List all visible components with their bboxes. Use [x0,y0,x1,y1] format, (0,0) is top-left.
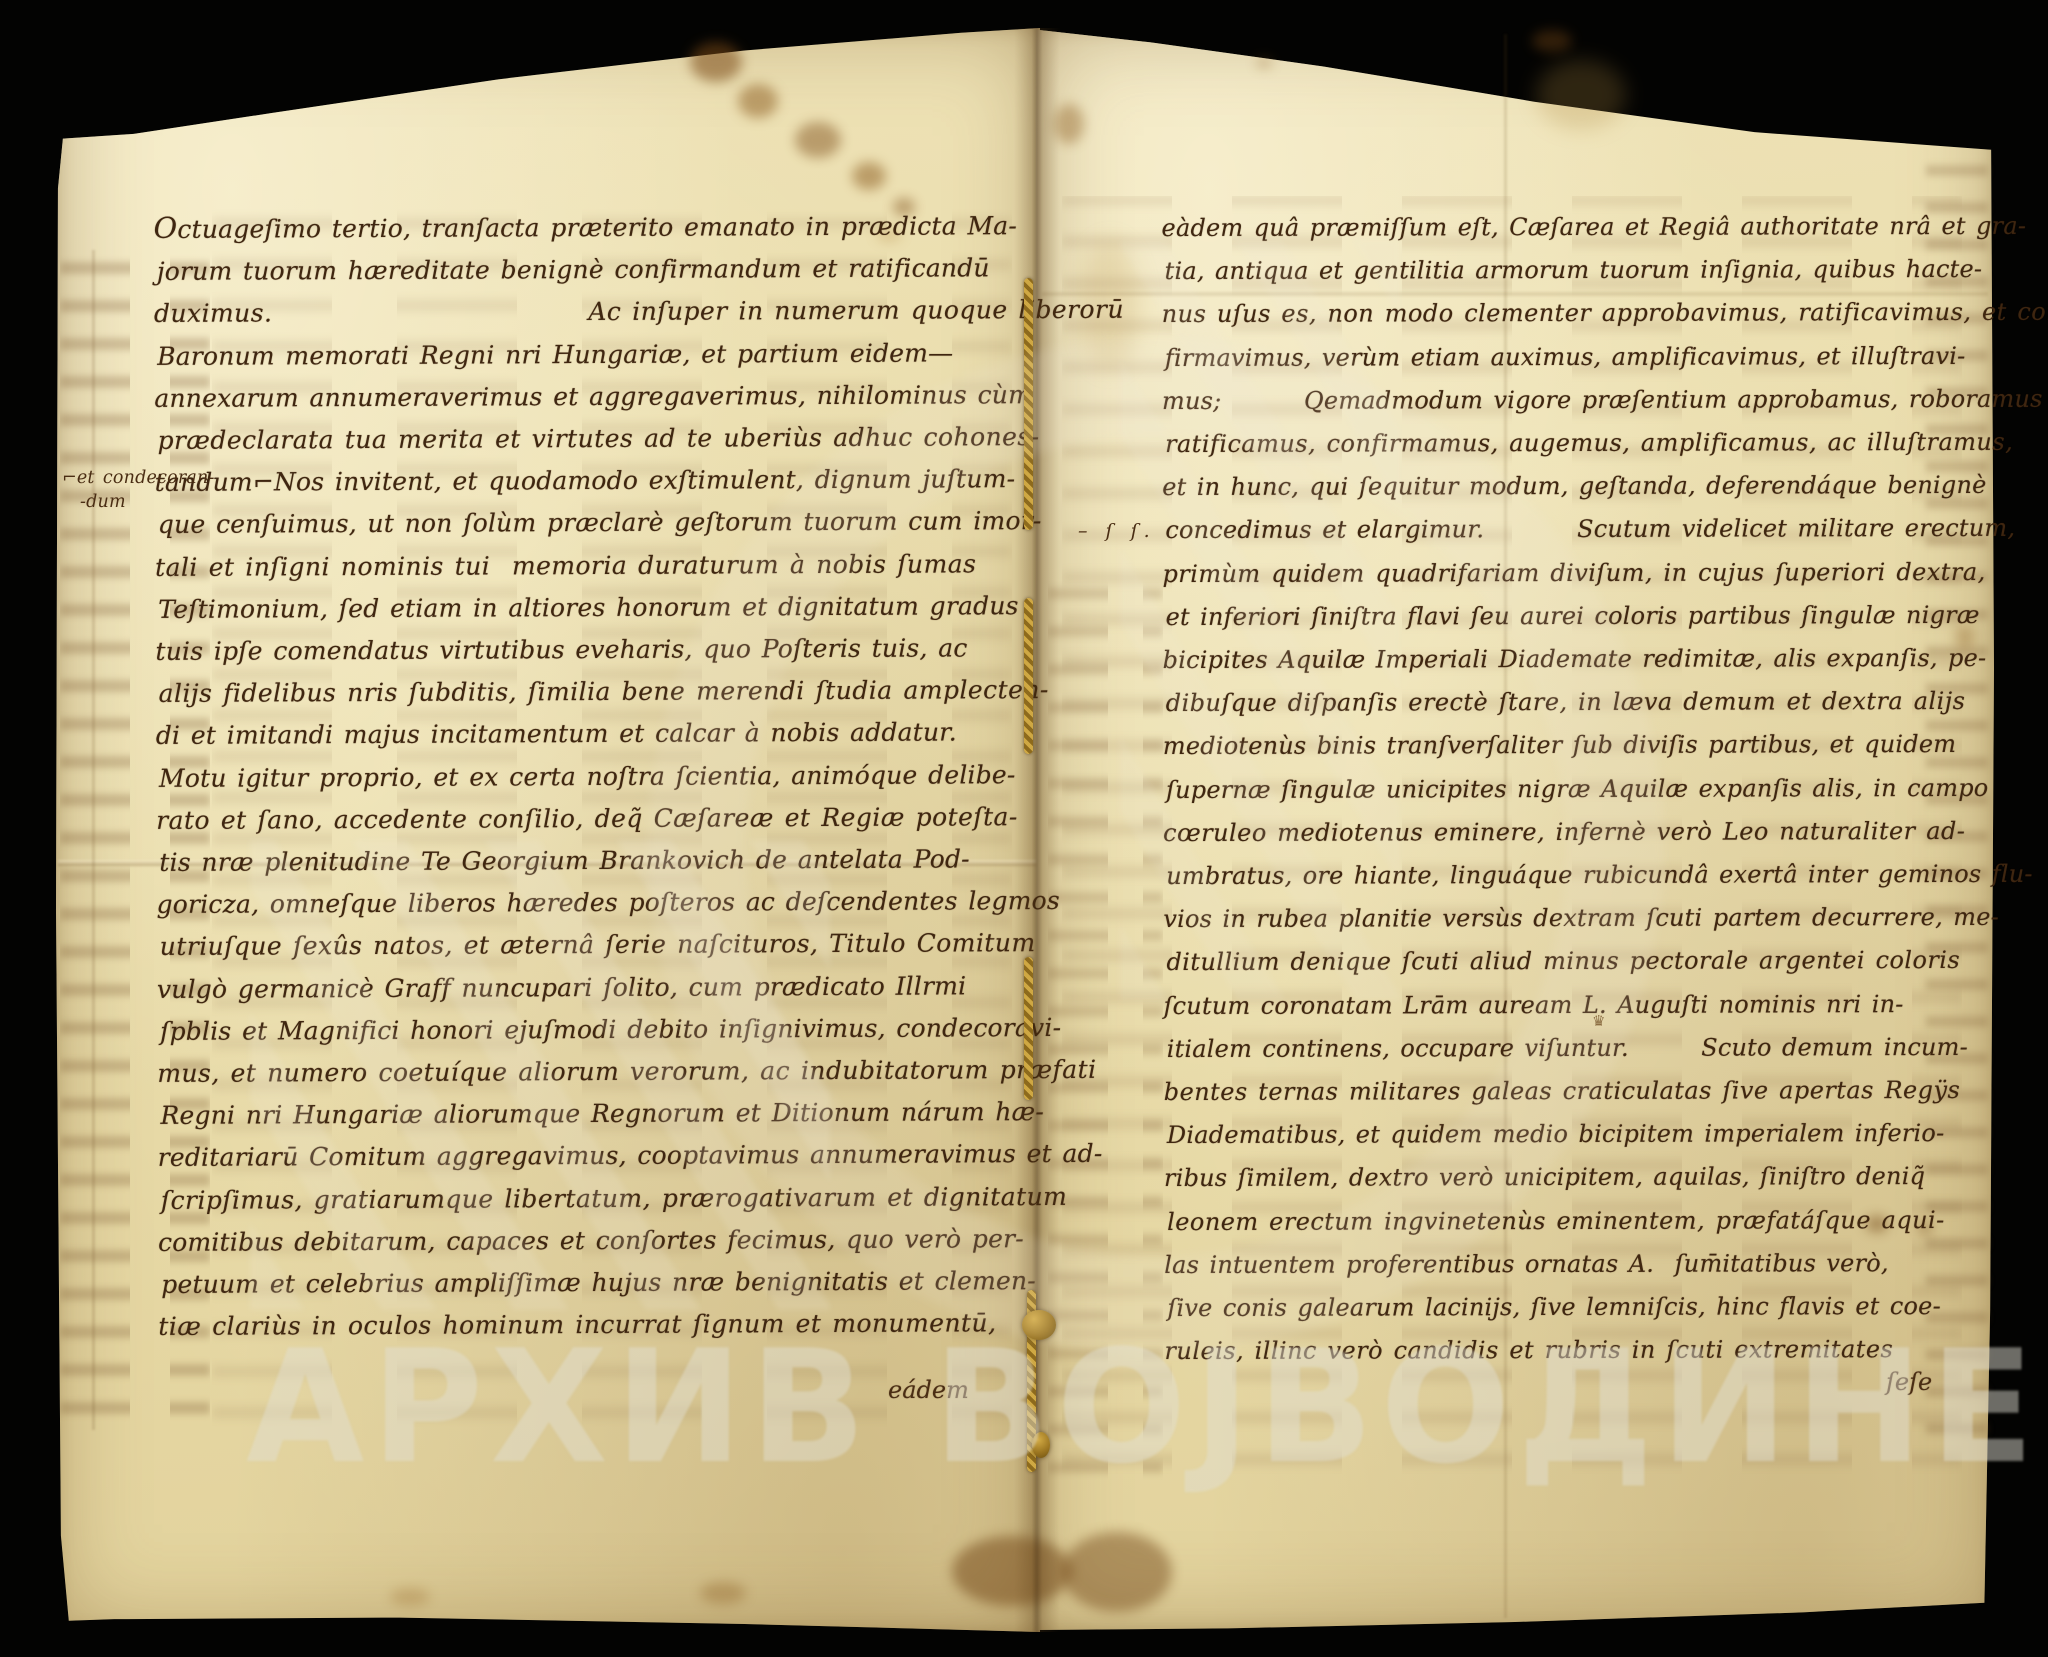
stain [738,84,778,118]
text-line: Octuageſimo tertio, tranſacta præterito … [154,203,1034,251]
text-line: et in hunc, qui ſequitur modum, geſtanda… [1162,464,1962,509]
stain [1256,58,1272,68]
margin-note-condecorandum: ⌐et condecoran--dum [62,466,222,514]
text-line: duximus. Ac inſuper in numerum quoque li… [154,289,1034,335]
text-line: Teſtimonium, ſed etiam in altiores honor… [158,585,1038,631]
text-line: vios in rubea planitie versùs dextram ſc… [1163,896,1963,941]
text-line: petuum et celebrius ampliſſimæ hujus nræ… [161,1260,1041,1306]
text-line: tandum⌐Nos invitent, et quodamodo exſtim… [155,458,1035,504]
text-line: mus; Qemadmodum vigore præſentium approb… [1162,378,1962,423]
text-line: et inferiori ſiniſtra flavi ſeu aurei co… [1165,594,1965,639]
sheet-edge-left-margin [92,250,95,1430]
stain [852,162,886,190]
text-line: ⌐et condecoran- [62,466,222,490]
text-line: jorum tuorum hæreditate benignè confirma… [157,247,1037,293]
text-line: las intuentem proferentibus ornatas A. ſ… [1164,1242,1964,1287]
text-line: bentes ternas militares galeas craticula… [1164,1069,1964,1114]
crown-doodle: ♛ [1592,1012,1605,1030]
text-line: dibuſque diſpanſis erectè ſtare, in læva… [1166,680,1966,725]
text-line: mediotenùs binis tranſverſaliter ſub div… [1163,723,1963,768]
text-line: rato et ſano, accedente conſilio, deq̃ C… [156,796,1036,842]
text-line: ſupernæ ſingulæ unicipites nigræ Aquilæ … [1166,767,1966,812]
catchword-right: ſeſe [1886,1368,1932,1396]
text-line: primùm quidem quadrifariam diviſum, in c… [1162,551,1962,596]
text-line: ſpblis et Magnifici honori ejuſmodi debi… [160,1007,1040,1053]
text-line: firmavimus, verùm etiam auximus, amplifi… [1165,335,1965,380]
manuscript-photo: Octuageſimo tertio, tranſacta præterito … [0,0,2048,1657]
text-line: vulgò germanicè Graff nuncupari ſolito, … [157,965,1037,1011]
text-line: que cenſuimus, ut non ſolùm præclarè geſ… [158,500,1038,546]
text-line: ſive conis galearum lacinijs, ſive lemni… [1167,1285,1967,1330]
text-line: Motu igitur proprio, et ex certa noſtra … [159,754,1039,800]
text-line: comitibus debitarum, capaces et conſorte… [158,1218,1038,1264]
binding-cord-segment [1024,278,1033,530]
text-line: ſcutum coronatam Lrām auream L. Auguſti … [1164,983,1964,1028]
catchword-left: eádem [888,1376,969,1404]
text-line: goricza, omneſque liberos hæredes poſter… [156,880,1036,926]
text-line: alijs fidelibus nris ſubditis, ſimilia b… [159,669,1039,715]
text-line: prædeclarata tua merita et virtutes ad t… [157,416,1037,462]
text-line: nus uſus es, non modo clementer approbav… [1162,291,1962,336]
stain [700,1582,746,1604]
center-fold [1014,28,1060,1632]
text-line: bicipites Aquilæ Imperiali Diademate red… [1163,637,1963,682]
text-line: Regni nri Hungariæ aliorumque Regnorum e… [160,1091,1040,1137]
left-page-text: Octuageſimo tertio, tranſacta præterito … [154,203,1039,1348]
text-line: di et imitandi majus incitamentum et cal… [156,712,1036,758]
text-line: utriuſque ſexûs natos, et æternâ ſerie n… [160,923,1040,969]
text-line: Baronum memorati Regni nri Hungariæ, et … [157,332,1037,378]
text-line: ribus ſimilem, dextro verò unicipitem, a… [1164,1155,1964,1200]
text-line: Diadematibus, et quidem medio bicipitem … [1167,1112,1967,1157]
binding-cord-segment [1024,957,1033,1100]
stain [390,1588,430,1606]
text-line: ditullium denique ſcuti aliud minus pect… [1166,939,1966,984]
text-line: mus, et numero coetuíque aliorum verorum… [157,1049,1037,1095]
stain [795,122,841,158]
text-line: annexarum annumeraverimus et aggregaveri… [154,374,1034,420]
margin-mark-insertion: – ſ ſ. [1078,520,1156,542]
cord-knot [1032,1432,1050,1458]
stain [1536,60,1626,130]
stain [690,42,742,82]
text-line: cœruleo mediotenus eminere, infernè verò… [1163,810,1963,855]
text-line: tali et inſigni nominis tui memoria dura… [155,543,1035,589]
stain [1532,30,1572,52]
text-line: concedimus et elargimur. Scutum videlice… [1165,507,1965,552]
cord-knot [1022,1310,1056,1340]
stain [1062,1532,1172,1612]
binding-cord-segment [1024,598,1033,754]
text-line: eàdem quâ præmiſſum eſt, Cæſarea et Regi… [1161,205,1961,250]
text-line: tis nræ plenitudine Te Georgium Brankovi… [159,838,1039,884]
right-page-text: eàdem quâ præmiſſum eſt, Cæſarea et Regi… [1161,205,1964,1374]
text-line: tuis ipſe comendatus virtutibus eveharis… [155,627,1035,673]
text-line: ruleis, illinc verò candidis et rubris i… [1164,1328,1964,1373]
text-line: ſcripſimus, gratiarumque libertatum, præ… [161,1176,1041,1222]
text-line: ratificamus, confirmamus, augemus, ampli… [1165,421,1965,466]
text-line: -dum [62,490,222,514]
text-line: itialem continens, occupare viſuntur. Sc… [1167,1026,1967,1071]
text-line: umbratus, ore hiante, linguáque rubicund… [1166,853,1966,898]
text-line: reditariarū Comitum aggregavimus, coopta… [158,1134,1038,1180]
text-line: leonem erectum ingvinetenùs eminentem, p… [1167,1199,1967,1244]
text-line: tia, antiqua et gentilitia armorum tuoru… [1165,248,1965,293]
text-line: tiæ clariùs in oculos hominum incurrat ſ… [158,1302,1038,1348]
